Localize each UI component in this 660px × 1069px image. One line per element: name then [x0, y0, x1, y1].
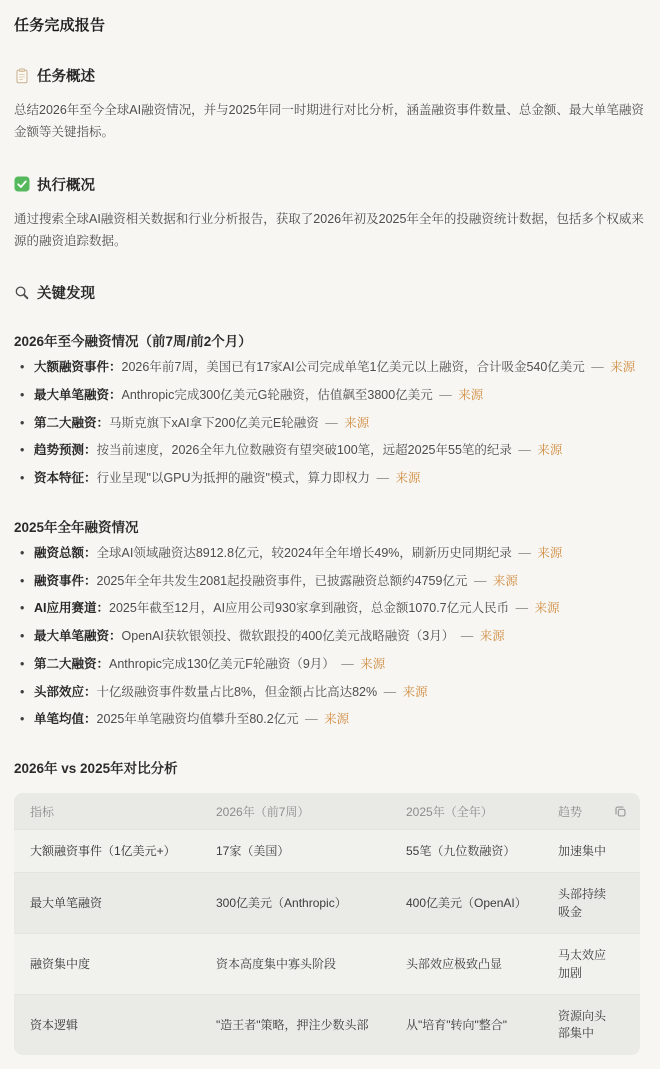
- finding-label: 大额融资事件：: [34, 360, 122, 374]
- magnifier-icon: [14, 285, 30, 301]
- finding-label: 头部效应：: [34, 685, 97, 699]
- subheading-2025: 2025年全年融资情况: [14, 516, 644, 536]
- section-execution-title: 执行概况: [37, 174, 95, 195]
- finding-item: 资本特征：行业呈现"以GPU为抵押的融资"模式，算力即权力 — 来源: [20, 469, 644, 489]
- finding-text: OpenAI获软银领投、微软跟投的400亿美元战略融资（3月）: [122, 629, 455, 643]
- table-cell: 300亿美元（Anthropic）: [216, 882, 406, 924]
- clipboard-icon: [14, 68, 30, 84]
- source-dash: —: [591, 360, 604, 374]
- finding-item: 大额融资事件：2026年前7周，美国已有17家AI公司完成单笔1亿美元以上融资，…: [20, 358, 644, 378]
- source-link[interactable]: 来源: [324, 712, 349, 726]
- finding-label: 趋势预测：: [34, 443, 97, 457]
- finding-text: 十亿级融资事件数量占比8%，但金额占比高达82%: [97, 685, 378, 699]
- table-cell: 资本逻辑: [30, 1004, 216, 1046]
- finding-item: 趋势预测：按当前速度，2026全年九位数融资有望突破100笔，远超2025年55…: [20, 441, 644, 461]
- finding-label: AI应用赛道：: [34, 601, 109, 615]
- comparison-table-header: 指标2026年（前7周）2025年（全年）趋势: [14, 793, 640, 829]
- table-cell: 马太效应加剧: [558, 934, 624, 994]
- finding-item: 融资总额：全球AI领域融资达8912.8亿元，较2024年全年增长49%，刷新历…: [20, 544, 644, 564]
- table-cell: 400亿美元（OpenAI）: [406, 882, 558, 924]
- finding-label: 融资事件：: [34, 574, 97, 588]
- finding-item: 最大单笔融资：Anthropic完成300亿美元G轮融资，估值飙至3800亿美元…: [20, 386, 644, 406]
- check-icon: [14, 176, 30, 192]
- finding-item: 头部效应：十亿级融资事件数量占比8%，但金额占比高达82% — 来源: [20, 683, 644, 703]
- overview-body: 总结2026年至今全球AI融资情况，并与2025年同一时期进行对比分析，涵盖融资…: [14, 99, 644, 144]
- subheading-comparison: 2026年 vs 2025年对比分析: [14, 757, 644, 777]
- execution-body: 通过搜索全球AI融资相关数据和行业分析报告，获取了2026年初及2025年全年的…: [14, 208, 644, 253]
- finding-text: 按当前速度，2026全年九位数融资有望突破100笔，远超2025年55笔的纪录: [97, 443, 512, 457]
- table-cell: 最大单笔融资: [30, 882, 216, 924]
- table-cell: 从"培育"转向"整合": [406, 1004, 558, 1046]
- table-cell: 大额融资事件（1亿美元+）: [30, 830, 216, 872]
- source-link[interactable]: 来源: [535, 601, 560, 615]
- source-link[interactable]: 来源: [480, 629, 505, 643]
- finding-item: 第二大融资：Anthropic完成130亿美元F轮融资（9月） — 来源: [20, 655, 644, 675]
- source-link[interactable]: 来源: [360, 657, 385, 671]
- subheading-2026: 2026年至今融资情况（前7周/前2个月）: [14, 330, 644, 350]
- table-cell: 资源向头部集中: [558, 995, 624, 1055]
- finding-text: 2025年单笔融资均值攀升至80.2亿元: [97, 712, 299, 726]
- table-cell: 融资集中度: [30, 943, 216, 985]
- source-dash: —: [516, 601, 529, 615]
- finding-label: 第二大融资：: [34, 416, 109, 430]
- table-cell: "造王者"策略，押注少数头部: [216, 1004, 406, 1046]
- source-link[interactable]: 来源: [403, 685, 428, 699]
- source-dash: —: [439, 388, 452, 402]
- source-dash: —: [518, 546, 531, 560]
- source-dash: —: [376, 471, 389, 485]
- table-cell: 17家（美国）: [216, 830, 406, 872]
- table-row: 大额融资事件（1亿美元+）17家（美国）55笔（九位数融资）加速集中: [14, 829, 640, 872]
- source-link[interactable]: 来源: [537, 546, 562, 560]
- table-row: 最大单笔融资300亿美元（Anthropic）400亿美元（OpenAI）头部持…: [14, 872, 640, 933]
- source-dash: —: [474, 574, 487, 588]
- finding-text: 全球AI领域融资达8912.8亿元，较2024年全年增长49%，刷新历史同期纪录: [97, 546, 512, 560]
- finding-item: AI应用赛道：2025年截至12月，AI应用公司930家拿到融资，总金额1070…: [20, 599, 644, 619]
- table-row: 资本逻辑"造王者"策略，押注少数头部从"培育"转向"整合"资源向头部集中: [14, 994, 640, 1055]
- finding-text: 2026年前7周，美国已有17家AI公司完成单笔1亿美元以上融资，合计吸金540…: [122, 360, 585, 374]
- report-page: 任务完成报告 任务概述 总结2026年至今全球AI融资情况，并与2025年同一时…: [0, 0, 660, 1069]
- table-row: 融资集中度资本高度集中寡头阶段头部效应极致凸显马太效应加剧: [14, 933, 640, 994]
- finding-text: 2025年截至12月，AI应用公司930家拿到融资，总金额1070.7亿元人民币: [109, 601, 509, 615]
- finding-label: 第二大融资：: [34, 657, 109, 671]
- table-header-cell: 指标: [30, 793, 216, 829]
- table-cell: 头部效应极致凸显: [406, 943, 558, 985]
- finding-text: 2025年全年共发生2081起投融资事件，已披露融资总额约4759亿元: [97, 574, 468, 588]
- finding-item: 最大单笔融资：OpenAI获软银领投、微软跟投的400亿美元战略融资（3月） —…: [20, 627, 644, 647]
- page-title: 任务完成报告: [14, 14, 644, 35]
- copy-table-button[interactable]: [610, 801, 630, 821]
- table-cell: 55笔（九位数融资）: [406, 830, 558, 872]
- section-overview-header: 任务概述: [14, 65, 644, 86]
- source-dash: —: [341, 657, 354, 671]
- finding-text: Anthropic完成300亿美元G轮融资，估值飙至3800亿美元: [122, 388, 433, 402]
- table-header-cell: 2025年（全年）: [406, 793, 558, 829]
- finding-item: 融资事件：2025年全年共发生2081起投融资事件，已披露融资总额约4759亿元…: [20, 572, 644, 592]
- source-dash: —: [518, 443, 531, 457]
- finding-label: 最大单笔融资：: [34, 629, 122, 643]
- table-cell: 资本高度集中寡头阶段: [216, 943, 406, 985]
- finding-label: 单笔均值：: [34, 712, 97, 726]
- source-link[interactable]: 来源: [458, 388, 483, 402]
- source-dash: —: [384, 685, 397, 699]
- finding-text: 行业呈现"以GPU为抵押的融资"模式，算力即权力: [97, 471, 370, 485]
- section-findings-title: 关键发现: [37, 282, 95, 303]
- findings-2026-list: 大额融资事件：2026年前7周，美国已有17家AI公司完成单笔1亿美元以上融资，…: [14, 358, 644, 489]
- comparison-table: 指标2026年（前7周）2025年（全年）趋势 大额融资事件（1亿美元+）17家…: [14, 793, 640, 1055]
- source-link[interactable]: 来源: [610, 360, 635, 374]
- source-link[interactable]: 来源: [344, 416, 369, 430]
- comparison-table-body: 大额融资事件（1亿美元+）17家（美国）55笔（九位数融资）加速集中最大单笔融资…: [14, 829, 640, 1055]
- findings-2025-list: 融资总额：全球AI领域融资达8912.8亿元，较2024年全年增长49%，刷新历…: [14, 544, 644, 730]
- finding-label: 融资总额：: [34, 546, 97, 560]
- finding-item: 第二大融资：马斯克旗下xAI拿下200亿美元E轮融资 — 来源: [20, 414, 644, 434]
- source-dash: —: [461, 629, 474, 643]
- table-header-cell: 2026年（前7周）: [216, 793, 406, 829]
- section-overview-title: 任务概述: [37, 65, 95, 86]
- table-cell: 头部持续吸金: [558, 873, 624, 933]
- source-link[interactable]: 来源: [493, 574, 518, 588]
- section-execution-header: 执行概况: [14, 174, 644, 195]
- finding-text: Anthropic完成130亿美元F轮融资（9月）: [109, 657, 335, 671]
- source-link[interactable]: 来源: [395, 471, 420, 485]
- finding-text: 马斯克旗下xAI拿下200亿美元E轮融资: [109, 416, 319, 430]
- finding-label: 资本特征：: [34, 471, 97, 485]
- table-cell: 加速集中: [558, 830, 624, 872]
- finding-item: 单笔均值：2025年单笔融资均值攀升至80.2亿元 — 来源: [20, 710, 644, 730]
- source-link[interactable]: 来源: [537, 443, 562, 457]
- source-dash: —: [325, 416, 338, 430]
- source-dash: —: [305, 712, 318, 726]
- section-findings-header: 关键发现: [14, 282, 644, 303]
- copy-icon: [613, 804, 628, 819]
- finding-label: 最大单笔融资：: [34, 388, 122, 402]
